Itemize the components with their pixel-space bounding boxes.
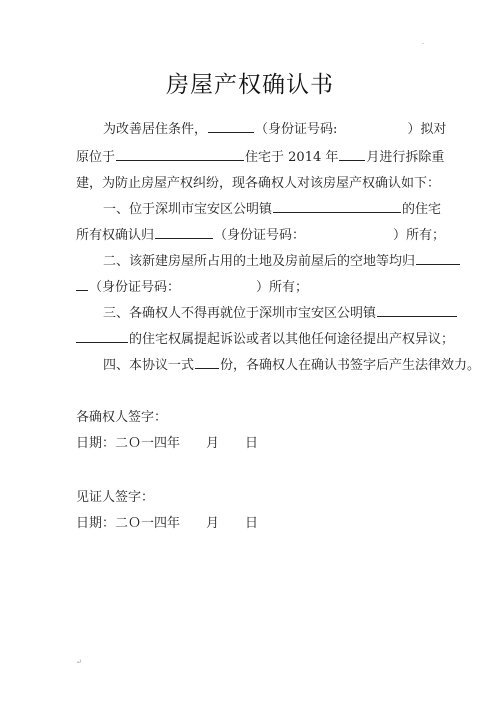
clause-2-owner-blank-cont[interactable] [76, 278, 88, 291]
intro-text-end: ）拟对 [407, 122, 446, 137]
clause-3-address-blank[interactable] [377, 304, 457, 317]
clause-4-text-end: 份，各确权人在确认书签字后产生法律效力。 [220, 358, 480, 373]
name-blank[interactable] [208, 120, 254, 133]
clause-1-line-1: 一、位于深圳市宝安区公明镇的住宅 [103, 198, 441, 217]
clause-4-line: 四、本协议一式份，各确权人在确认书签字后产生法律效力。 [103, 354, 480, 373]
clause-2-line-1: 二、该新建房屋所占用的土地及房前屋后的空地等均归 [103, 250, 461, 269]
clause-1-text: 一、位于深圳市宝安区公明镇 [103, 202, 272, 217]
owned-text: ）所有； [256, 280, 308, 295]
intro-line-2: 原位于住宅于 2014 年月进行拆除重 [76, 146, 444, 165]
clause-4-text: 四、本协议一式 [103, 358, 194, 373]
page-mark-dot: · [422, 40, 424, 48]
clause-2-owner-blank[interactable] [416, 252, 460, 265]
owned-text: ）所有； [393, 228, 445, 243]
address-blank[interactable] [116, 148, 244, 161]
owners-date: 日期：二Ｏ一四年 月 日 [76, 432, 258, 451]
located-label: 原位于 [76, 150, 115, 165]
demolish-text: 月进行拆除重 [366, 150, 444, 165]
copies-blank[interactable] [195, 356, 219, 369]
intro-line-3: 建，为防止房屋产权纠纷，现各确权人对该房屋产权确认如下： [76, 172, 440, 191]
paragraph-mark-icon: ↵ [76, 658, 82, 666]
clause-1-address-blank[interactable] [273, 200, 401, 213]
clause-3-text-end: 的住宅权属提起诉讼或者以其他任何途径提出产权异议； [129, 332, 454, 347]
intro-text: 为改善居住条件， [103, 122, 207, 137]
id-label: （身份证号码： [89, 280, 180, 295]
month-blank[interactable] [339, 148, 365, 161]
owners-signature-label: 各确权人签字： [76, 406, 167, 425]
clause-2-line-2: （身份证号码：）所有； [76, 276, 308, 295]
ownership-label: 所有权确认归 [76, 228, 154, 243]
clause-3-line-1: 三、各确权人不得再就位于深圳市宝安区公明镇 [103, 302, 458, 321]
clause-3-text: 三、各确权人不得再就位于深圳市宝安区公明镇 [103, 306, 376, 321]
year-text: 住宅于 2014 年 [245, 150, 338, 165]
document-page: 房屋产权确认书 为改善居住条件，（身份证号码:）拟对 原位于住宅于 2014 年… [0, 0, 500, 707]
document-title: 房屋产权确认书 [0, 66, 500, 99]
clause-1-text-end: 的住宅 [402, 202, 441, 217]
clause-1-line-2: 所有权确认归（身份证号码：）所有； [76, 224, 445, 243]
clause-2-text: 二、该新建房屋所占用的土地及房前屋后的空地等均归 [103, 254, 415, 269]
id-label: （身份证号码： [214, 228, 305, 243]
intro-line-1: 为改善居住条件，（身份证号码:）拟对 [103, 118, 446, 137]
id-label: （身份证号码: [255, 122, 337, 137]
owner-name-blank[interactable] [155, 226, 213, 239]
clause-3-line-2: 的住宅权属提起诉讼或者以其他任何途径提出产权异议； [76, 328, 454, 347]
clause-3-address-blank-cont[interactable] [76, 330, 128, 343]
witness-date: 日期：二Ｏ一四年 月 日 [76, 512, 258, 531]
witness-signature-label: 见证人签字： [76, 486, 154, 505]
